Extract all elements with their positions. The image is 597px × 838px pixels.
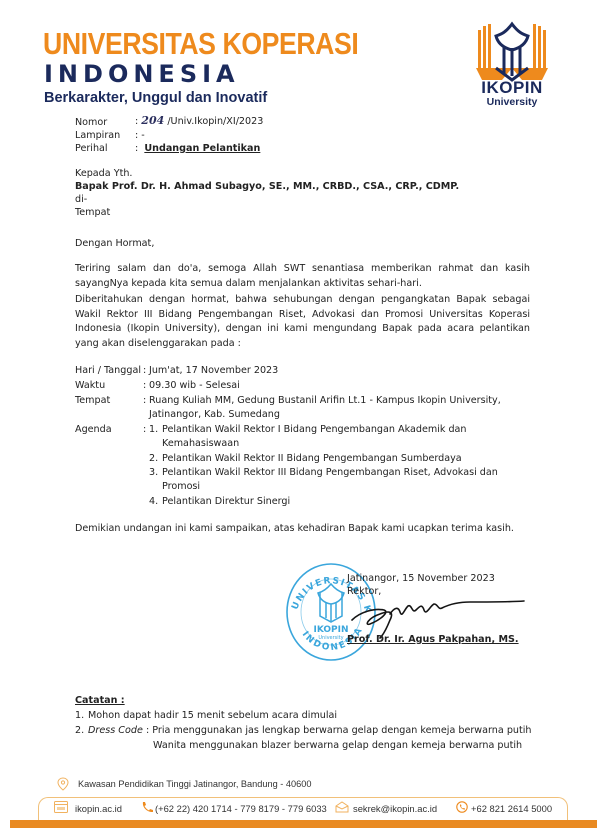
- note-number: 2.: [75, 724, 84, 737]
- footer-email[interactable]: sekrek@ikopin.ac.id: [353, 803, 437, 814]
- agenda-item-cont: Promosi: [162, 480, 200, 493]
- lampiran-text: -: [141, 130, 144, 141]
- agenda-item: Pelantikan Wakil Rektor II Bidang Pengem…: [162, 452, 462, 465]
- place-label: Tempat: [75, 394, 110, 407]
- nomor-handwritten: 204: [141, 114, 164, 127]
- agenda-item-number: 4.: [149, 495, 158, 508]
- signature-place-date: Jatinangor, 15 November 2023: [347, 572, 495, 585]
- date-colon: :: [143, 364, 146, 377]
- dress-code-women: Wanita menggunakan blazer berwarna gelap…: [153, 739, 522, 752]
- agenda-item: Pelantikan Wakil Rektor III Bidang Penge…: [162, 466, 498, 479]
- note-item: Mohon dapat hadir 15 menit sebelum acara…: [88, 709, 337, 722]
- recipient-place: Tempat: [75, 206, 110, 219]
- phone-icon: [140, 801, 154, 813]
- nomor-label: Nomor: [75, 116, 107, 129]
- closing-paragraph: Demikian undangan ini kami sampaikan, at…: [75, 522, 514, 535]
- recipient-greeting: Kepada Yth.: [75, 167, 132, 180]
- footer-whatsapp[interactable]: +62 821 2614 5000: [471, 803, 552, 814]
- footer-website[interactable]: ikopin.ac.id: [75, 803, 122, 814]
- logo-subtitle: University: [470, 96, 554, 108]
- whatsapp-icon: [455, 801, 469, 813]
- footer-address: Kawasan Pendidikan Tinggi Jatinangor, Ba…: [78, 779, 311, 789]
- agenda-item-number: 2.: [149, 452, 158, 465]
- lampiran-value: : -: [135, 129, 145, 142]
- opening-paragraph: Teriring salam dan do'a, semoga Allah SW…: [75, 262, 530, 291]
- dress-code-label: Dress Code: [88, 724, 143, 737]
- university-tagline: Berkarakter, Unggul dan Inovatif: [44, 90, 267, 106]
- svg-text:University: University: [318, 635, 343, 641]
- place-value-line2: Jatinangor, Kab. Sumedang: [149, 408, 280, 421]
- location-pin-icon: [57, 777, 69, 791]
- email-icon: [335, 801, 349, 813]
- svg-text:IKOPIN: IKOPIN: [313, 625, 348, 635]
- footer-accent-bar: [10, 820, 597, 828]
- date-label: Hari / Tanggal: [75, 364, 141, 377]
- agenda-item-number: 3.: [149, 466, 158, 479]
- note-number: 1.: [75, 709, 84, 722]
- recipient-name: Bapak Prof. Dr. H. Ahmad Subagyo, SE., M…: [75, 180, 459, 193]
- footer-phone[interactable]: (+62 22) 420 1714 - 779 8179 - 779 6033: [155, 803, 327, 814]
- website-icon: [54, 801, 68, 813]
- time-colon: :: [143, 379, 146, 392]
- perihal-value: : Undangan Pelantikan: [135, 142, 260, 155]
- agenda-item-cont: Kemahasiswaan: [162, 437, 239, 450]
- date-value: Jum'at, 17 November 2023: [149, 364, 278, 377]
- time-label: Waktu: [75, 379, 105, 392]
- signatory-name: Prof. Dr. Ir. Agus Pakpahan, MS.: [347, 633, 519, 646]
- agenda-colon: :: [143, 423, 146, 436]
- place-value-line1: Ruang Kuliah MM, Gedung Bustanil Arifin …: [149, 394, 501, 407]
- logo-wordmark: IKOPIN: [470, 78, 554, 98]
- agenda-item: Pelantikan Direktur Sinergi: [162, 495, 290, 508]
- lampiran-label: Lampiran: [75, 129, 120, 142]
- agenda-item-number: 1.: [149, 423, 158, 436]
- recipient-di: di-: [75, 193, 87, 206]
- university-name-line1: UNIVERSITAS KOPERASI: [43, 26, 358, 62]
- perihal-text: Undangan Pelantikan: [144, 143, 260, 154]
- agenda-item: Pelantikan Wakil Rektor I Bidang Pengemb…: [162, 423, 467, 436]
- time-value: 09.30 wib - Selesai: [149, 379, 240, 392]
- nomor-code: /Univ.Ikopin/XI/2023: [167, 116, 263, 127]
- dress-code-men: : Pria menggunakan jas lengkap berwarna …: [146, 724, 532, 737]
- invitation-paragraph: Diberitahukan dengan hormat, bahwa sehub…: [75, 293, 530, 351]
- nomor-value: : 204 /Univ.Ikopin/XI/2023: [135, 114, 263, 128]
- notes-heading: Catatan :: [75, 694, 125, 707]
- university-name-line2: INDONESIA: [44, 60, 240, 88]
- agenda-label: Agenda: [75, 423, 112, 436]
- salutation: Dengan Hormat,: [75, 237, 154, 250]
- place-colon: :: [143, 394, 146, 407]
- perihal-label: Perihal: [75, 142, 108, 155]
